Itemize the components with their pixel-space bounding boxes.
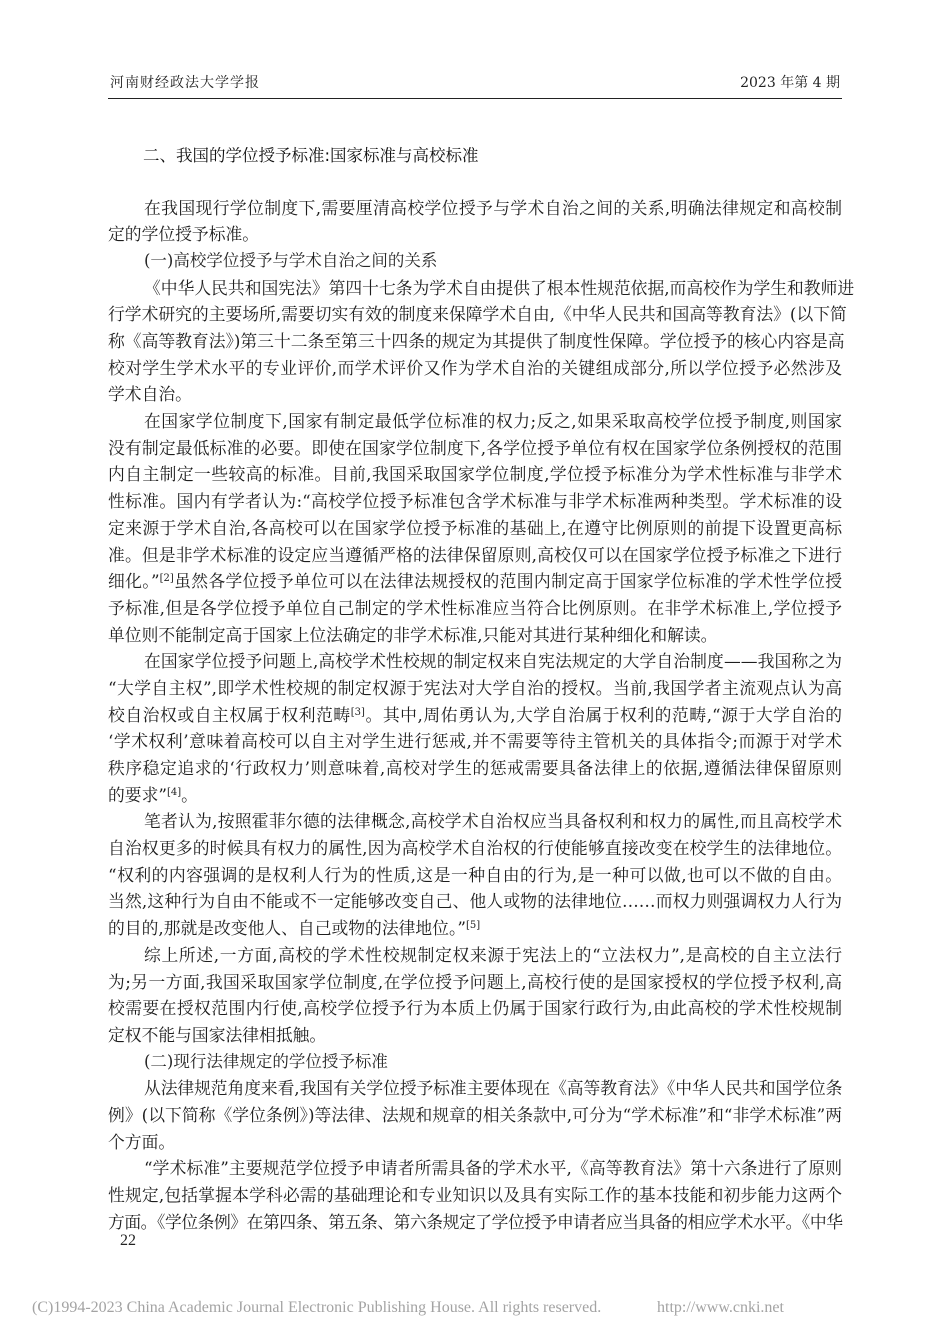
text-line: 称《高等教育法》)第三十二条至第三十四条的规定为其提供了制度性保障。学位授予的核…: [108, 328, 842, 355]
citation-ref: [4]: [167, 787, 181, 798]
text-line: 内自主制定一些较高的标准。目前,我国采取国家学位制度,学位授予标准分为学术性标准…: [108, 461, 842, 488]
text-line: 综上所述,一方面,高校的学术性校规制定权来源于宪法上的“立法权力”,是高校的自主…: [108, 942, 842, 969]
copyright-text: (C)1994-2023 China Academic Journal Elec…: [32, 1297, 601, 1319]
paragraph: 从法律规范角度来看,我国有关学位授予标准主要体现在《高等教育法》《中华人民共和国…: [108, 1075, 842, 1155]
subsection-heading: (二)现行法律规定的学位授予标准: [108, 1049, 842, 1076]
text-segment: 的要求”: [108, 785, 167, 805]
journal-name: 河南财经政法大学学报: [110, 73, 260, 93]
text-line: 的要求”[4]。: [108, 782, 842, 809]
text-line: 在国家学位制度下,国家有制定最低学位标准的权力;反之,如果采取高校学位授予制度,…: [108, 408, 842, 435]
text-line: 性标准。国内有学者认为:“高校学位授予标准包含学术标准与非学术标准两种类型。学术…: [108, 488, 842, 515]
text-line: 从法律规范角度来看,我国有关学位授予标准主要体现在《高等教育法》《中华人民共和国…: [108, 1075, 842, 1102]
header-rule: [108, 98, 842, 99]
text-line: 细化。”[2]虽然各学位授予单位可以在法律法规授权的范围内制定高于国家学位标准的…: [108, 568, 842, 595]
text-line: 为;另一方面,我国采取国家学位制度,在学位授予问题上,高校行使的是国家授权的学位…: [108, 969, 842, 996]
journal-page: 河南财经政法大学学报 2023 年第 4 期 二、我国的学位授予标准:国家标准与…: [0, 0, 950, 1344]
text-line: 校自治权或自主权属于权利范畴[3]。其中,周佑勇认为,大学自治属于权利的范畴,“…: [108, 702, 842, 729]
paragraph: 笔者认为,按照霍菲尔德的法律概念,高校学术自治权应当具备权利和权力的属性,而且高…: [108, 808, 842, 941]
section-title: 二、我国的学位授予标准:国家标准与高校标准: [143, 146, 479, 166]
paragraph: 综上所述,一方面,高校的学术性校规制定权来源于宪法上的“立法权力”,是高校的自主…: [108, 942, 842, 1049]
text-line: 性规定,包括掌握本学科必需的基础理论和专业知识以及具有实际工作的基本技能和初步能…: [108, 1182, 842, 1209]
text-line: “大学自主权”,即学术性校规的制定权源于宪法对大学自治的授权。当前,我国学者主流…: [108, 675, 842, 702]
copyright-footer: (C)1994-2023 China Academic Journal Elec…: [0, 1297, 950, 1319]
text-line: 《中华人民共和国宪法》第四十七条为学术自由提供了根本性规范依据,而高校作为学生和…: [108, 275, 842, 302]
text-line: 当然,这种行为自由不能或不一定能够改变自己、他人或物的法律地位……而权力则强调权…: [108, 888, 842, 915]
text-line: 没有制定最低标准的必要。即使在国家学位制度下,各学位授予单位有权在国家学位条例授…: [108, 435, 842, 462]
text-line: 例》(以下简称《学位条例》)等法律、法规和规章的相关条款中,可分为“学术标准”和…: [108, 1102, 842, 1129]
paragraph: “学术标准”主要规范学位授予申请者所需具备的学术水平,《高等教育法》第十六条进行…: [108, 1155, 842, 1235]
paragraph: 在国家学位授予问题上,高校学术性校规的制定权来自宪法规定的大学自治制度——我国称…: [108, 648, 842, 808]
text-segment: 校自治权或自主权属于权利范畴: [108, 705, 351, 725]
subsection-heading: (一)高校学位授予与学术自治之间的关系: [108, 248, 842, 275]
text-line: 在我国现行学位制度下,需要厘清高校学位授予与学术自治之间的关系,明确法律规定和高…: [108, 195, 842, 222]
text-line: 在国家学位授予问题上,高校学术性校规的制定权来自宪法规定的大学自治制度——我国称…: [108, 648, 842, 675]
text-line: 个方面。: [108, 1129, 842, 1156]
text-line: 定权不能与国家法律相抵触。: [108, 1022, 842, 1049]
text-line: 的目的,那就是改变他人、自己或物的法律地位。”[5]: [108, 915, 842, 942]
text-segment: 虽然各学位授予单位可以在法律法规授权的范围内制定高于国家学位标准的学术性学位授: [174, 571, 842, 591]
text-line: 秩序稳定追求的‘行政权力’则意味着,高校对学生的惩戒需要具备法律上的依据,遵循法…: [108, 755, 842, 782]
text-line: 行学术研究的主要场所,需要切实有效的制度来保障学术自由,《中华人民共和国高等教育…: [108, 301, 842, 328]
text-line: 方面。《学位条例》在第四条、第五条、第六条规定了学位授予申请者应当具备的相应学术…: [108, 1209, 842, 1236]
text-line: 校对学生学术水平的专业评价,而学术评价又作为学术自治的关键组成部分,所以学位授予…: [108, 355, 842, 382]
issue-label: 2023 年第 4 期: [740, 73, 840, 93]
text-line: 自治权更多的时候具有权力的属性,因为高校学术自治权的行使能够直接改变在校学生的法…: [108, 835, 842, 862]
text-line: 校需要在授权范围内行使,高校学位授予行为本质上仍属于国家行政行为,由此高校的学术…: [108, 995, 842, 1022]
footer-url: http://www.cnki.net: [657, 1297, 784, 1319]
citation-ref: [3]: [351, 707, 365, 718]
text-line: “学术标准”主要规范学位授予申请者所需具备的学术水平,《高等教育法》第十六条进行…: [108, 1155, 842, 1182]
text-line: ‘学术权利’意味着高校可以自主对学生进行惩戒,并不需要等待主管机关的具体指令;而…: [108, 728, 842, 755]
text-segment: 。其中,周佑勇认为,大学自治属于权利的范畴,“源于大学自治的: [365, 705, 842, 725]
text-segment: 的目的,那就是改变他人、自己或物的法律地位。”: [108, 918, 466, 938]
text-line: 予标准,但是各学位授予单位自己制定的学术性标准应当符合比例原则。在非学术标准上,…: [108, 595, 842, 622]
citation-ref: [5]: [466, 920, 480, 931]
paragraph: 在我国现行学位制度下,需要厘清高校学位授予与学术自治之间的关系,明确法律规定和高…: [108, 195, 842, 248]
subsection-1: (一)高校学位授予与学术自治之间的关系 《中华人民共和国宪法》第四十七条为学术自…: [108, 248, 842, 1049]
text-segment: 细化。”: [108, 571, 160, 591]
page-number: 22: [120, 1230, 136, 1252]
text-line: 学术自治。: [108, 381, 842, 408]
text-line: 准。但是非学术标准的设定应当遵循严格的法律保留原则,高校仅可以在国家学位授予标准…: [108, 542, 842, 569]
body-text: 在我国现行学位制度下,需要厘清高校学位授予与学术自治之间的关系,明确法律规定和高…: [108, 195, 842, 1236]
paragraph: 在国家学位制度下,国家有制定最低学位标准的权力;反之,如果采取高校学位授予制度,…: [108, 408, 842, 648]
text-line: 定来源于学术自治,各高校可以在国家学位授予标准的基础上,在遵守比例原则的前提下设…: [108, 515, 842, 542]
text-line: 定的学位授予标准。: [108, 221, 842, 248]
running-header: 河南财经政法大学学报 2023 年第 4 期: [108, 73, 842, 93]
citation-ref: [2]: [160, 573, 174, 584]
text-line: “权利的内容强调的是权利人行为的性质,这是一种自由的行为,是一种可以做,也可以不…: [108, 862, 842, 889]
text-line: 笔者认为,按照霍菲尔德的法律概念,高校学术自治权应当具备权利和权力的属性,而且高…: [108, 808, 842, 835]
paragraph: 《中华人民共和国宪法》第四十七条为学术自由提供了根本性规范依据,而高校作为学生和…: [108, 275, 842, 408]
text-line: 单位则不能制定高于国家上位法确定的非学术标准,只能对其进行某种细化和解读。: [108, 622, 842, 649]
text-segment: 。: [181, 785, 198, 805]
subsection-2: (二)现行法律规定的学位授予标准 从法律规范角度来看,我国有关学位授予标准主要体…: [108, 1049, 842, 1236]
